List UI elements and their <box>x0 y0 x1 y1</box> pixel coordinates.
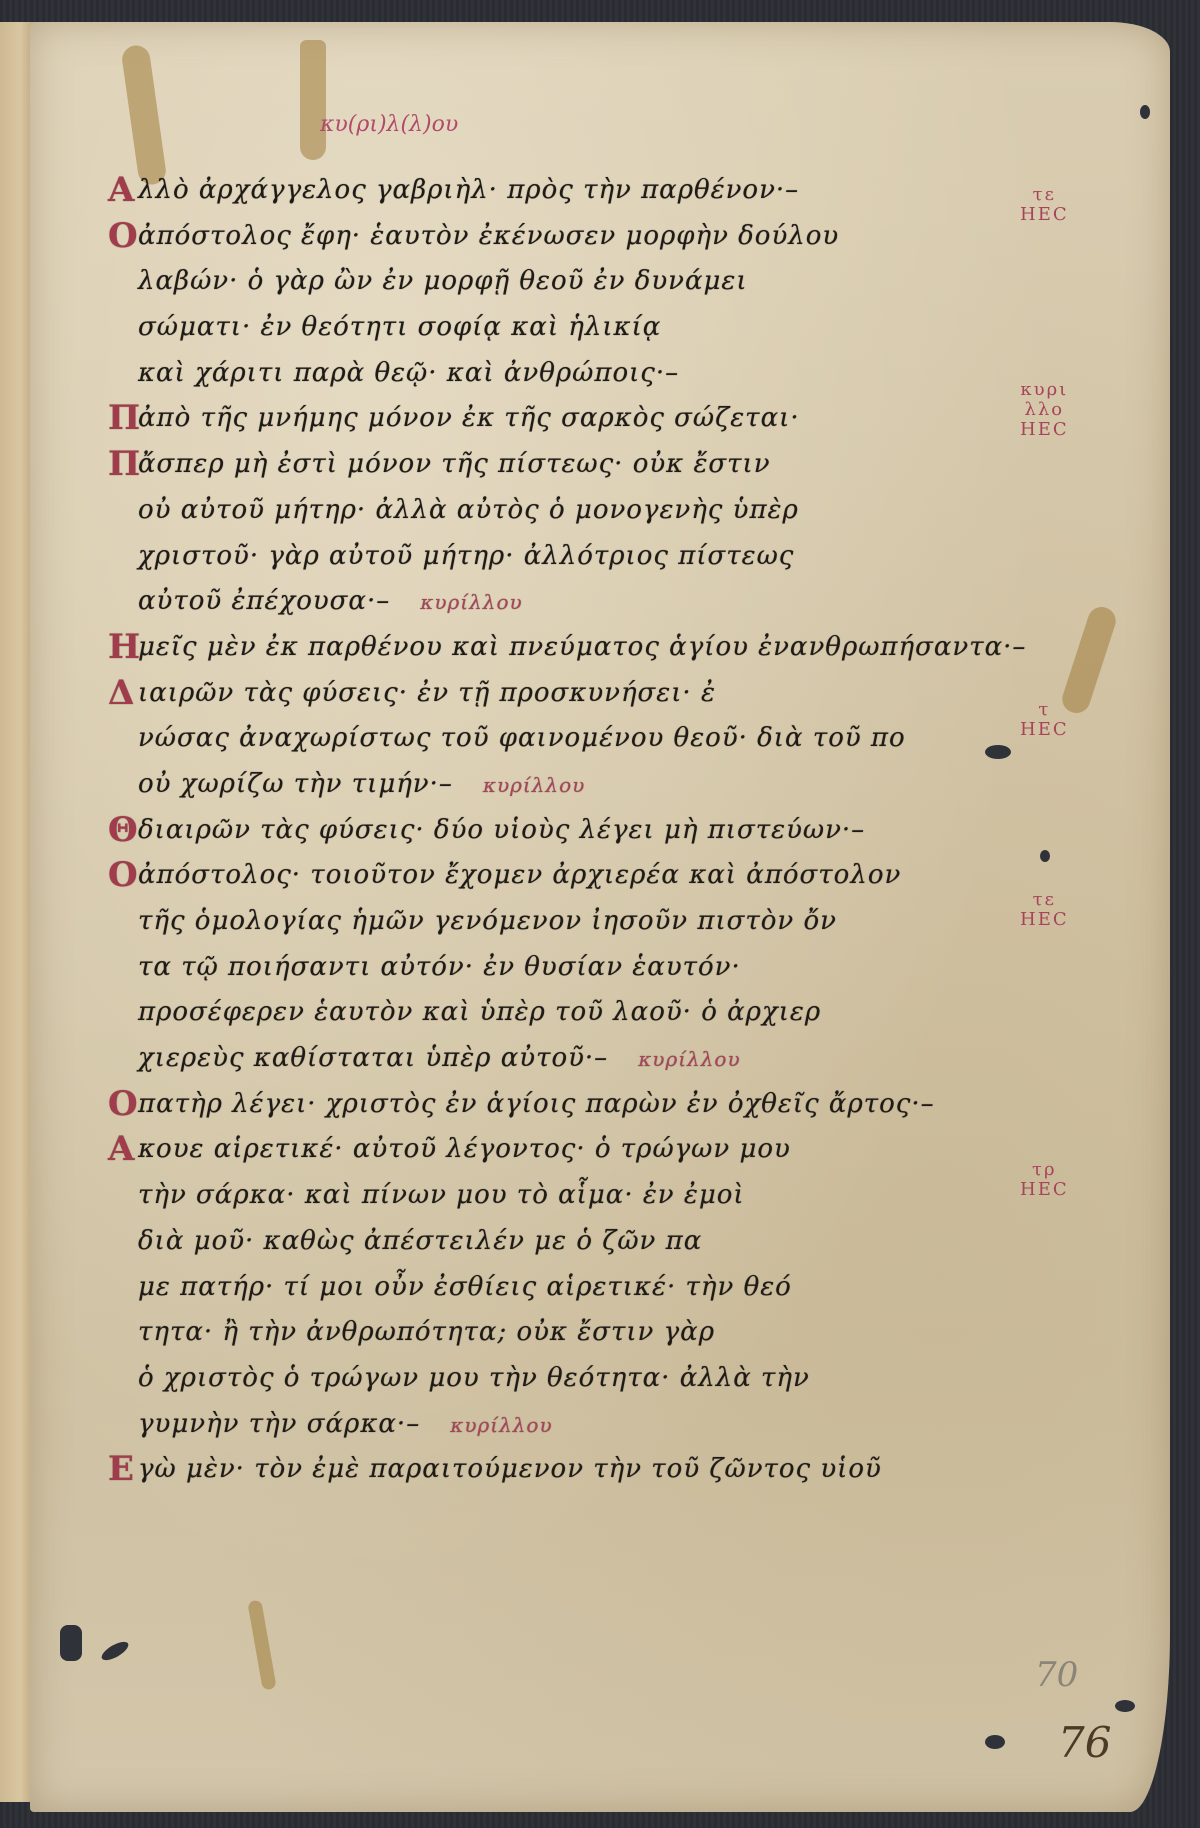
folio-number-pencil: 70 <box>1035 1655 1078 1695</box>
line-text: ἀπόστολος ἔφη· ἑαυτὸν ἐκένωσεν μορφὴν δο… <box>138 221 839 251</box>
line-text: οὐ χωρίζω τὴν τιμήν·– <box>138 769 453 799</box>
line-text: τῆς ὁμολογίας ἡμῶν γενόμενον ἰησοῦν πιστ… <box>138 906 837 936</box>
text-line: χριστοῦ· γὰρ αὐτοῦ μήτηρ· ἀλλότριος πίστ… <box>138 534 998 580</box>
line-text: ἀπὸ τῆς μνήμης μόνον ἐκ τῆς σαρκὸς σώζετ… <box>138 403 800 433</box>
margin-note: τεΗΕC <box>1020 890 1069 930</box>
text-line: νώσας ἀναχωρίστως τοῦ φαινομένου θεοῦ· δ… <box>138 716 998 762</box>
text-line: Εγὼ μὲν· τὸν ἐμὲ παραιτούμενον τὴν τοῦ ζ… <box>138 1447 998 1493</box>
line-text: ἀπόστολος· τοιοῦτον ἔχομεν ἀρχιερέα καὶ … <box>138 860 901 890</box>
text-line: Αλλὸ ἀρχάγγελος γαβριὴλ· πρὸς τὴν παρθέν… <box>138 168 998 214</box>
text-line: Πἀπὸ τῆς μνήμης μόνον ἐκ τῆς σαρκὸς σώζε… <box>138 396 998 442</box>
rubric-initial: Ο <box>108 1082 139 1128</box>
inline-rubric-attribution: κυρίλλου <box>420 590 522 614</box>
line-text: τὴν σάρκα· καὶ πίνων μου τὸ αἷμα· ἐν ἐμο… <box>138 1180 745 1210</box>
text-line: Οἀπόστολος ἔφη· ἑαυτὸν ἐκένωσεν μορφὴν δ… <box>138 214 998 260</box>
rubric-initial: Η <box>108 625 141 671</box>
text-line: Ακουε αἱρετικέ· αὐτοῦ λέγοντος· ὁ τρώγων… <box>138 1127 998 1173</box>
line-text: αὐτοῦ ἐπέχουσα·– <box>138 586 390 616</box>
main-text-column: Αλλὸ ἀρχάγγελος γαβριὴλ· πρὸς τὴν παρθέν… <box>138 168 998 1493</box>
line-text: κουε αἱρετικέ· αὐτοῦ λέγοντος· ὁ τρώγων … <box>138 1134 791 1164</box>
line-text: σώματι· ἐν θεότητι σοφίᾳ καὶ ἡλικίᾳ <box>138 312 661 342</box>
text-line: λαβών· ὁ γὰρ ὢν ἐν μορφῇ θεοῦ ἐν δυνάμει <box>138 259 998 305</box>
rubric-initial: Π <box>108 442 141 488</box>
worm-hole <box>1140 105 1150 119</box>
rubric-initial: Ο <box>108 853 139 899</box>
text-line: χιερεὺς καθίσταται ὑπὲρ αὐτοῦ·–κυρίλλου <box>138 1036 998 1082</box>
text-line: Οἀπόστολος· τοιοῦτον ἔχομεν ἀρχιερέα καὶ… <box>138 853 998 899</box>
line-text: λαβών· ὁ γὰρ ὢν ἐν μορφῇ θεοῦ ἐν δυνάμει <box>138 266 748 296</box>
inline-rubric-attribution: κυρίλλου <box>450 1413 552 1437</box>
line-text: ιαιρῶν τὰς φύσεις· ἐν τῇ προσκυνήσει· ἐ <box>138 678 716 708</box>
rubric-initial: Ο <box>108 214 139 260</box>
rubric-initial: Θ <box>108 808 139 854</box>
margin-note: τεΗΕC <box>1020 185 1069 225</box>
text-line: Οπατὴρ λέγει· χριστὸς ἐν ἁγίοις παρὼν ἐν… <box>138 1082 998 1128</box>
text-line: Θδιαιρῶν τὰς φύσεις· δύο υἱοὺς λέγει μὴ … <box>138 808 998 854</box>
text-line: τα τῷ ποιήσαντι αὐτόν· ἐν θυσίαν ἑαυτόν· <box>138 945 998 991</box>
text-line: ὁ χριστὸς ὁ τρώγων μου τὴν θεότητα· ἀλλὰ… <box>138 1356 998 1402</box>
line-text: διὰ μοῦ· καθὼς ἀπέστειλέν με ὁ ζῶν πα <box>138 1226 702 1256</box>
text-line: Πἄσπερ μὴ ἐστὶ μόνον τῆς πίστεως· οὐκ ἔσ… <box>138 442 998 488</box>
line-text: λλὸ ἀρχάγγελος γαβριὴλ· πρὸς τὴν παρθένο… <box>138 175 799 205</box>
text-line: γυμνὴν τὴν σάρκα·–κυρίλλου <box>138 1402 998 1448</box>
rubric-initial: Δ <box>108 671 135 717</box>
line-text: χριστοῦ· γὰρ αὐτοῦ μήτηρ· ἀλλότριος πίστ… <box>138 541 794 571</box>
text-line: καὶ χάριτι παρὰ θεῷ· καὶ ἀνθρώποις·– <box>138 351 998 397</box>
text-line: τὴν σάρκα· καὶ πίνων μου τὸ αἷμα· ἐν ἐμο… <box>138 1173 998 1219</box>
margin-note: τΗΕC <box>1020 700 1069 740</box>
line-text: γὼ μὲν· τὸν ἐμὲ παραιτούμενον τὴν τοῦ ζῶ… <box>138 1454 882 1484</box>
line-text: διαιρῶν τὰς φύσεις· δύο υἱοὺς λέγει μὴ π… <box>138 815 865 845</box>
rubric-initial: Ε <box>108 1447 135 1493</box>
margin-note: τρΗΕC <box>1020 1160 1069 1200</box>
rubric-initial: Α <box>108 168 135 214</box>
line-text: οὐ αὐτοῦ μήτηρ· ἀλλὰ αὐτὸς ὁ μονογενὴς ὑ… <box>138 495 799 525</box>
worm-hole <box>60 1625 82 1661</box>
folio-number-ink: 76 <box>1058 1718 1111 1767</box>
text-line: οὐ αὐτοῦ μήτηρ· ἀλλὰ αὐτὸς ὁ μονογενὴς ὑ… <box>138 488 998 534</box>
top-rubric-attribution: κυ(ρι)λ(λ)ου <box>320 112 458 137</box>
text-line: τῆς ὁμολογίας ἡμῶν γενόμενον ἰησοῦν πιστ… <box>138 899 998 945</box>
ink-blot <box>1040 850 1050 862</box>
worm-hole <box>985 1735 1005 1749</box>
line-text: προσέφερεν ἑαυτὸν καὶ ὑπὲρ τοῦ λαοῦ· ὁ ἀ… <box>138 997 821 1027</box>
line-text: τα τῷ ποιήσαντι αὐτόν· ἐν θυσίαν ἑαυτόν· <box>138 952 741 982</box>
rubric-initial: Π <box>108 396 141 442</box>
text-line: τητα· ἢ τὴν ἀνθρωπότητα; οὐκ ἔστιν γὰρ <box>138 1310 998 1356</box>
line-text: πατὴρ λέγει· χριστὸς ἐν ἁγίοις παρὼν ἐν … <box>138 1089 935 1119</box>
line-text: τητα· ἢ τὴν ἀνθρωπότητα; οὐκ ἔστιν γὰρ <box>138 1317 715 1347</box>
margin-note: κυριλλοΗΕC <box>1020 380 1069 440</box>
line-text: με πατήρ· τί μοι οὖν ἐσθίεις αἱρετικέ· τ… <box>138 1272 792 1302</box>
line-text: χιερεὺς καθίσταται ὑπὲρ αὐτοῦ·– <box>138 1043 608 1073</box>
worm-hole <box>1115 1700 1135 1712</box>
text-line: προσέφερεν ἑαυτὸν καὶ ὑπὲρ τοῦ λαοῦ· ὁ ἀ… <box>138 990 998 1036</box>
text-line: Διαιρῶν τὰς φύσεις· ἐν τῇ προσκυνήσει· ἐ <box>138 671 998 717</box>
inline-rubric-attribution: κυρίλλου <box>483 773 585 797</box>
text-line: με πατήρ· τί μοι οὖν ἐσθίεις αἱρετικέ· τ… <box>138 1265 998 1311</box>
text-line: οὐ χωρίζω τὴν τιμήν·–κυρίλλου <box>138 762 998 808</box>
text-line: αὐτοῦ ἐπέχουσα·–κυρίλλου <box>138 579 998 625</box>
line-text: νώσας ἀναχωρίστως τοῦ φαινομένου θεοῦ· δ… <box>138 723 906 753</box>
stain-top-curl <box>300 40 326 160</box>
rubric-initial: Α <box>108 1127 135 1173</box>
line-text: μεῖς μὲν ἐκ παρθένου καὶ πνεύματος ἁγίου… <box>138 632 1026 662</box>
text-line: σώματι· ἐν θεότητι σοφίᾳ καὶ ἡλικίᾳ <box>138 305 998 351</box>
inline-rubric-attribution: κυρίλλου <box>638 1047 740 1071</box>
line-text: ὁ χριστὸς ὁ τρώγων μου τὴν θεότητα· ἀλλὰ… <box>138 1363 810 1393</box>
text-line: Ημεῖς μὲν ἐκ παρθένου καὶ πνεύματος ἁγίο… <box>138 625 998 671</box>
line-text: καὶ χάριτι παρὰ θεῷ· καὶ ἀνθρώποις·– <box>138 358 679 388</box>
line-text: ἄσπερ μὴ ἐστὶ μόνον τῆς πίστεως· οὐκ ἔστ… <box>138 449 771 479</box>
text-line: διὰ μοῦ· καθὼς ἀπέστειλέν με ὁ ζῶν πα <box>138 1219 998 1265</box>
line-text: γυμνὴν τὴν σάρκα·– <box>138 1409 420 1439</box>
